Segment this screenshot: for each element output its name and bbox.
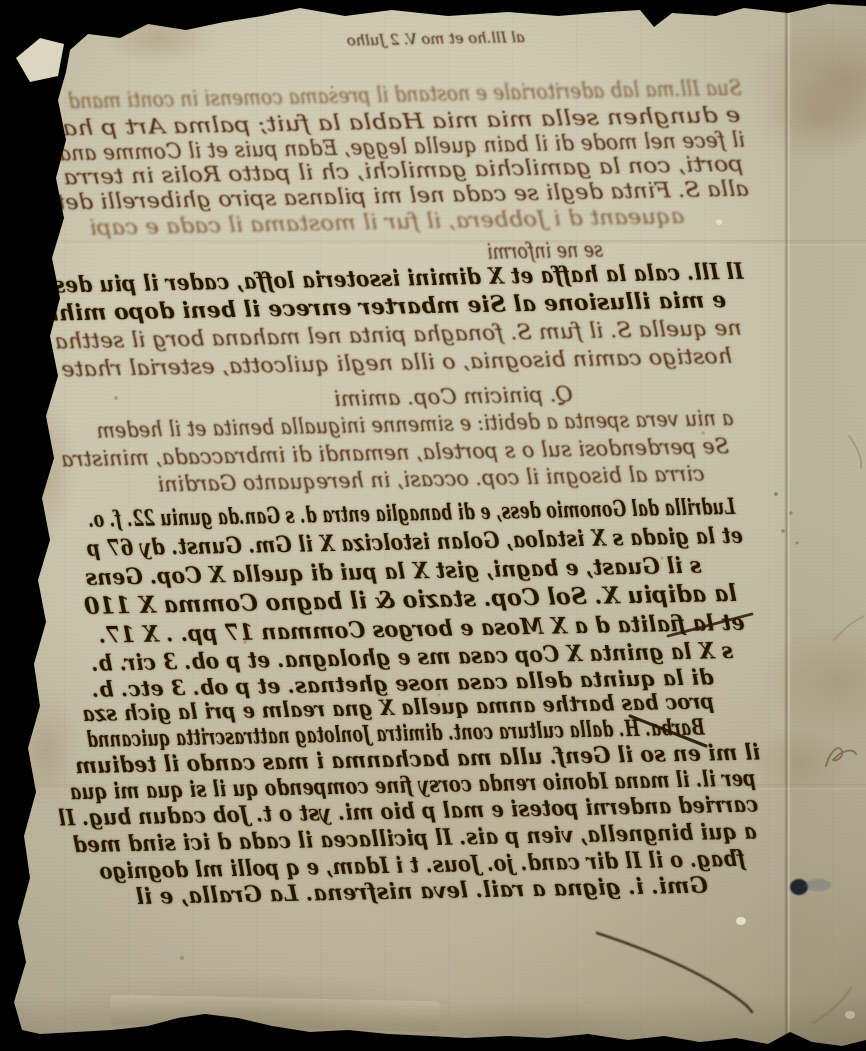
- foxing-dot: [93, 553, 96, 556]
- ink-blot-smudge: [805, 879, 831, 891]
- margin-curl-top: [849, 436, 861, 468]
- paper-sheet: al Ill.ho et mo V. 2 JulhoSua Ill.ma lab…: [0, 0, 866, 1051]
- margin-curl-bottom: [813, 988, 851, 1023]
- title-line: al Ill.ho et mo V. 2 Julho: [347, 28, 525, 50]
- manuscript-ink-layer: al Ill.ho et mo V. 2 JulhoSua Ill.ma lab…: [0, 0, 866, 1051]
- foxing-dot: [438, 694, 441, 697]
- foxing-dot: [660, 556, 663, 559]
- foxing-dot: [243, 640, 247, 644]
- manuscript-text-layer: al Ill.ho et mo V. 2 JulhoSua Ill.ma lab…: [43, 24, 763, 912]
- foxing-dot: [114, 396, 118, 400]
- manuscript-line: Q. pinicim Cop. amimi: [334, 382, 573, 411]
- pen-flourish: [597, 933, 752, 1012]
- ink-blot: [790, 879, 808, 895]
- foxing-dot: [701, 431, 704, 434]
- foxing-dot: [774, 492, 778, 496]
- manuscript-line: se ne informi: [487, 238, 603, 264]
- white-speck-3: [845, 1011, 855, 1019]
- margin-curl-mid: [834, 616, 864, 640]
- foxing-dot: [560, 121, 563, 124]
- white-speck-1: [716, 219, 722, 225]
- scan-background: Scan of an aged, torn manuscript letter …: [0, 0, 866, 1051]
- margin-squiggle: [826, 748, 856, 766]
- foxing-dot: [521, 247, 525, 251]
- white-speck-2: [736, 917, 746, 925]
- foxing-dot: [789, 511, 792, 514]
- foxing-dot: [330, 85, 333, 88]
- foxing-dot: [781, 529, 785, 533]
- foxing-dot: [796, 542, 799, 545]
- foxing-dot: [180, 956, 184, 960]
